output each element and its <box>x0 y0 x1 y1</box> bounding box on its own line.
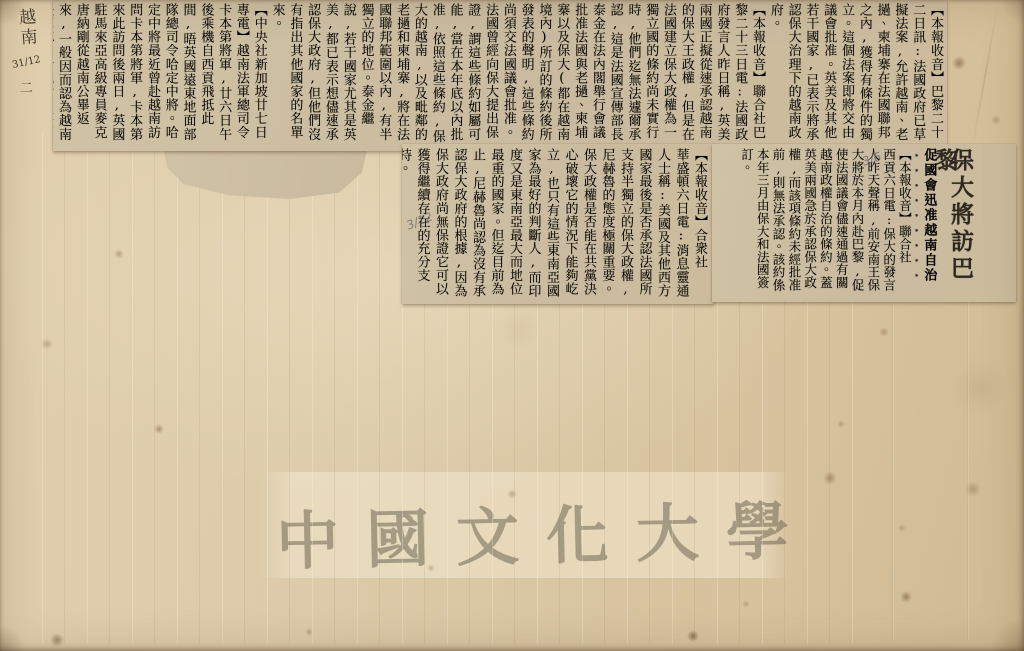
paper-crease <box>973 3 999 139</box>
margin-note-index: 二 <box>20 77 33 96</box>
watermark-text: 中國文化大學 <box>275 480 817 582</box>
margin-note-date: 31/12 <box>11 54 41 71</box>
subheadline: 促國會迅准越南自治 <box>912 148 936 298</box>
bao-dai-source: 【本報收音】聯合社 <box>897 148 913 298</box>
washington-body: 華盛頓六日電:消息靈通人士稱:美國及其他西方國家最後是否承認法國所支持半獨立的保… <box>402 148 690 298</box>
bao-dai-body: 西貢六日電:保大的發言人昨天聲稱,前安南王保大將於本月內赴巴黎,促使法國議會儘速… <box>739 148 897 298</box>
news-item-paris-22: 【本報收音】巴黎二十二日訊:法國政府已草擬法案,允許越南、老撾、柬埔寨在法國聯邦… <box>766 3 944 147</box>
news-item-paris-23: 【本報收音】聯合社巴黎二十三日電:法國政府發言人昨日稱,英美兩國正擬從速承認越南… <box>268 3 766 147</box>
bao-dai-text: 保大將訪巴黎 促國會迅准越南自治 【本報收音】聯合社 西貢六日電:保大的發言人昨… <box>716 148 968 298</box>
news-clipping-washington: 【本報收音】合衆社 華盛頓六日電:消息靈通人士稱:美國及其他西方國家最後是否承認… <box>402 144 714 304</box>
news-item-singapore: 【中央社新加坡廿七日專電】越南法軍總司令卡本第將軍,廿六日午後乘機自西貢飛抵此間… <box>53 3 268 147</box>
washington-source: 【本報收音】合衆社 <box>690 148 709 298</box>
margin-note-place: 越南 <box>13 7 41 49</box>
clipping-torn-edge <box>163 146 368 199</box>
top-strip-text: 【本報收音】巴黎二十二日訊:法國政府已草擬法案,允許越南、老撾、柬埔寨在法國聯邦… <box>59 3 944 147</box>
washington-text: 【本報收音】合衆社 華盛頓六日電:消息靈通人士稱:美國及其他西方國家最後是否承認… <box>406 148 708 298</box>
headline: 保大將訪巴黎 <box>936 148 968 298</box>
scrapbook-page-photo: 中國文化大學 【本報收音】巴黎二十二日訊:法國政府已草擬法案,允許越南、老撾、柬… <box>0 0 1024 651</box>
news-clipping-top-strip: 【本報收音】巴黎二十二日訊:法國政府已草擬法案,允許越南、老撾、柬埔寨在法國聯邦… <box>53 0 947 151</box>
paper-fold-lines-right <box>856 300 1016 640</box>
handwritten-margin-note: 越南 31/12 二 <box>12 8 41 96</box>
watermark-band: 中國文化大學 <box>260 472 790 578</box>
